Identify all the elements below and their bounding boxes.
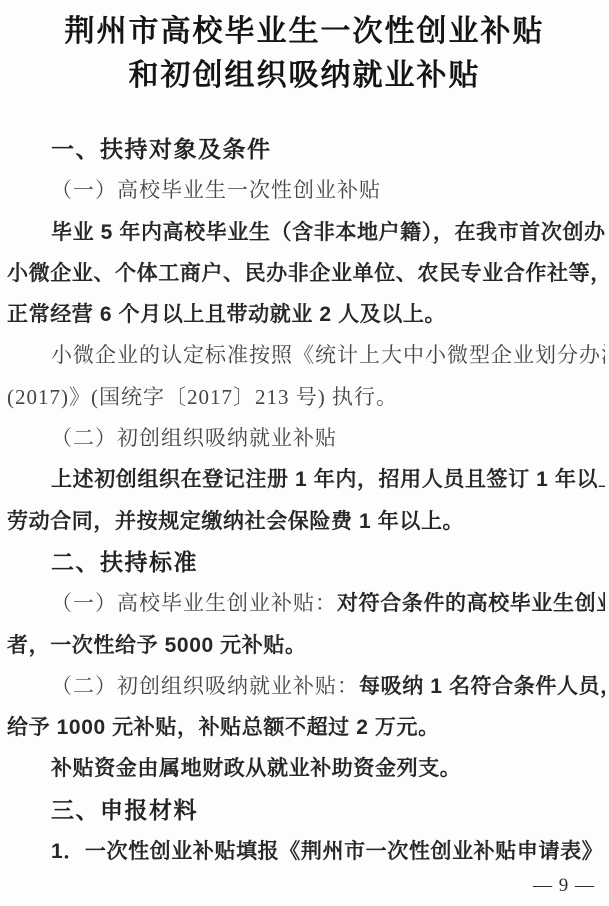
text-segment: 给予 1000 元补贴，补贴总额不超过 2 万元。 bbox=[7, 716, 440, 739]
text-line: 一、扶持对象及条件 bbox=[7, 129, 605, 170]
text-segment: 小微企业的认定标准按照《统计上大中小微型企业划分办法 bbox=[51, 343, 605, 367]
text-segment: 小微企业、个体工商户、民办非企业单位、农民专业合作社等， bbox=[7, 262, 605, 285]
text-segment: 一、扶持对象及条件 bbox=[51, 136, 272, 162]
text-segment: 者，一次性给予 5000 元补贴。 bbox=[7, 634, 307, 657]
text-line: 给予 1000 元补贴，补贴总额不超过 2 万元。 bbox=[7, 707, 605, 748]
text-segment: 1．一次性创业补贴填报《荆州市一次性创业补贴申请表》 bbox=[51, 840, 603, 863]
text-line: (2017)》(国统字〔2017〕213 号) 执行。 bbox=[7, 377, 605, 418]
text-line: 小微企业的认定标准按照《统计上大中小微型企业划分办法 bbox=[7, 335, 605, 376]
text-segment: （一）高校毕业生一次性创业补贴 bbox=[51, 178, 381, 202]
text-segment: 补贴资金由属地财政从就业补助资金列支。 bbox=[51, 757, 461, 780]
text-line: （一）高校毕业生创业补贴：对符合条件的高校毕业生创业 bbox=[7, 583, 605, 624]
title-line-1: 荆州市高校毕业生一次性创业补贴 bbox=[0, 10, 609, 54]
text-line: （二）初创组织吸纳就业补贴 bbox=[7, 418, 605, 459]
page-number: — 9 — bbox=[533, 875, 595, 897]
text-line: 二、扶持标准 bbox=[7, 542, 605, 583]
text-line: 者，一次性给予 5000 元补贴。 bbox=[7, 625, 605, 666]
text-segment: 三、申报材料 bbox=[51, 797, 198, 823]
text-segment: (2017)》(国统字〔2017〕213 号) 执行。 bbox=[7, 385, 398, 409]
text-segment: （二）初创组织吸纳就业补贴 bbox=[51, 426, 337, 450]
text-line: 劳动合同，并按规定缴纳社会保险费 1 年以上。 bbox=[7, 501, 605, 542]
text-line: 三、申报材料 bbox=[7, 790, 605, 831]
text-line: 正常经营 6 个月以上且带动就业 2 人及以上。 bbox=[7, 294, 605, 335]
title-line-2: 和初创组织吸纳就业补贴 bbox=[0, 54, 609, 98]
text-segment: 二、扶持标准 bbox=[51, 549, 198, 575]
text-segment: 上述初创组织在登记注册 1 年内，招用人员且签订 1 年以上 bbox=[51, 468, 605, 491]
text-segment: （一）高校毕业生创业补贴： bbox=[51, 591, 337, 615]
document-page: 荆州市高校毕业生一次性创业补贴 和初创组织吸纳就业补贴 一、扶持对象及条件（一）… bbox=[0, 0, 609, 906]
text-line: （二）初创组织吸纳就业补贴：每吸纳 1 名符合条件人员， bbox=[7, 666, 605, 707]
text-line: 上述初创组织在登记注册 1 年内，招用人员且签订 1 年以上 bbox=[7, 459, 605, 500]
text-line: （一）高校毕业生一次性创业补贴 bbox=[7, 170, 605, 211]
text-line: 补贴资金由属地财政从就业补助资金列支。 bbox=[7, 748, 605, 789]
text-segment: 毕业 5 年内高校毕业生（含非本地户籍），在我市首次创办 bbox=[51, 221, 605, 244]
text-line: 小微企业、个体工商户、民办非企业单位、农民专业合作社等， bbox=[7, 253, 605, 294]
text-segment: 对符合条件的高校毕业生创业 bbox=[337, 592, 605, 615]
text-segment: 正常经营 6 个月以上且带动就业 2 人及以上。 bbox=[7, 303, 446, 326]
text-line: 1．一次性创业补贴填报《荆州市一次性创业补贴申请表》 bbox=[7, 831, 605, 872]
text-line: 毕业 5 年内高校毕业生（含非本地户籍），在我市首次创办 bbox=[7, 212, 605, 253]
document-title: 荆州市高校毕业生一次性创业补贴 和初创组织吸纳就业补贴 bbox=[0, 0, 609, 98]
text-segment: （二）初创组织吸纳就业补贴： bbox=[51, 674, 359, 698]
text-segment: 每吸纳 1 名符合条件人员， bbox=[359, 675, 605, 698]
text-segment: 劳动合同，并按规定缴纳社会保险费 1 年以上。 bbox=[7, 510, 464, 533]
document-body: 一、扶持对象及条件（一）高校毕业生一次性创业补贴毕业 5 年内高校毕业生（含非本… bbox=[7, 129, 605, 872]
